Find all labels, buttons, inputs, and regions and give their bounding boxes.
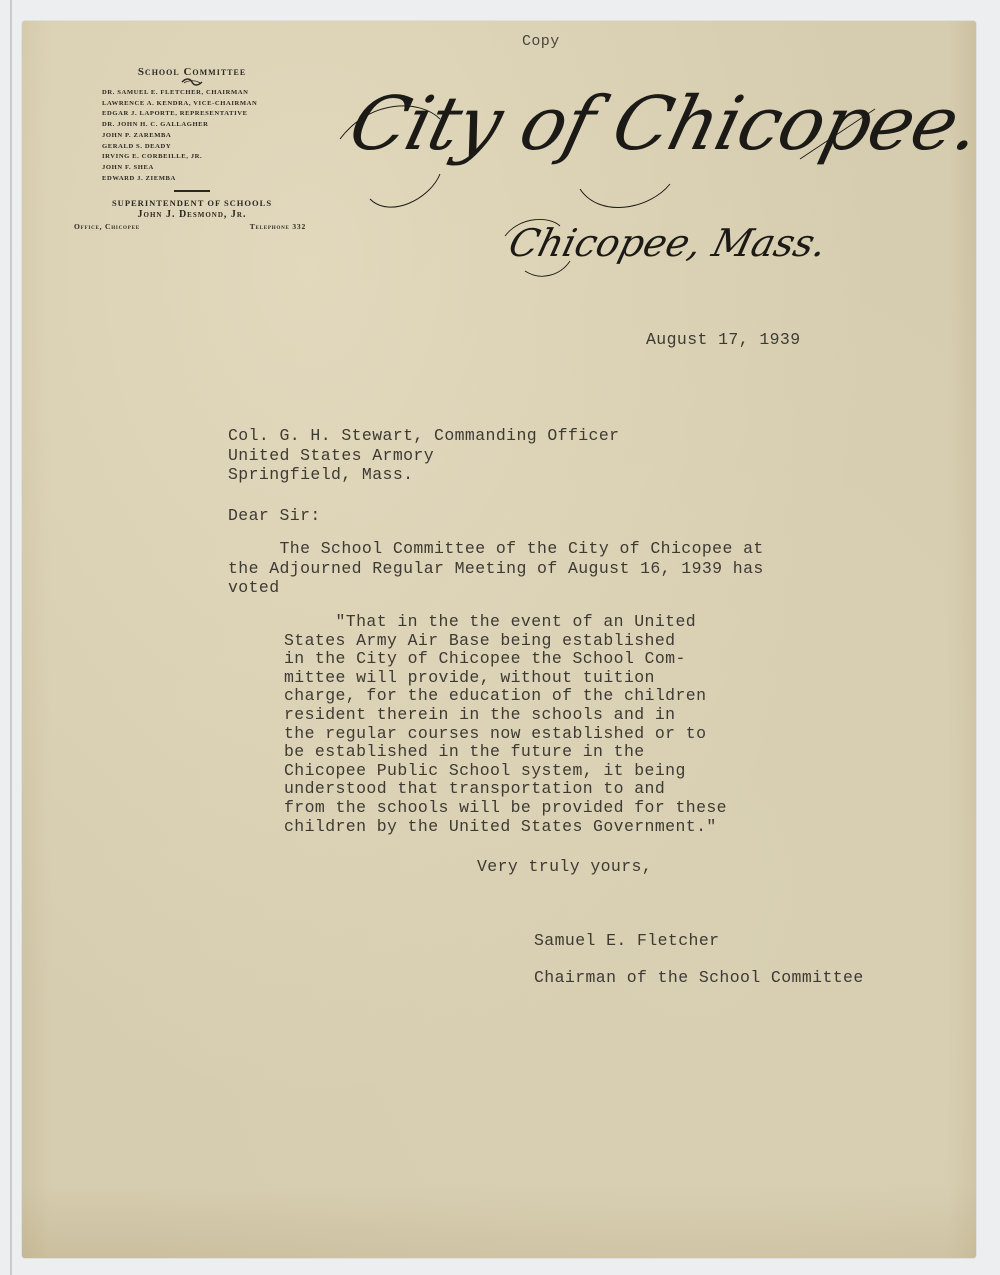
recipient-line: United States Armory xyxy=(228,446,619,466)
committee-member: John F. Shea xyxy=(102,163,312,174)
committee-member: Dr. Samuel E. Fletcher, Chairman xyxy=(102,88,312,99)
committee-member: Irving E. Corbeille, Jr. xyxy=(102,152,312,163)
body-line: The School Committee of the City of Chic… xyxy=(228,539,764,559)
body-line: voted xyxy=(228,578,764,598)
recipient-address: Col. G. H. Stewart, Commanding OfficerUn… xyxy=(228,426,619,485)
committee-member: Lawrence A. Kendra, Vice-Chairman xyxy=(102,99,312,110)
quote-line: in the City of Chicopee the School Com- xyxy=(284,650,727,669)
recipient-line: Springfield, Mass. xyxy=(228,465,619,485)
recipient-line: Col. G. H. Stewart, Commanding Officer xyxy=(228,426,619,446)
quote-line: mittee will provide, without tuition xyxy=(284,669,727,688)
quoted-vote: "That in the the event of an UnitedState… xyxy=(284,613,727,836)
superintendent-label: Superintendent of Schools xyxy=(72,198,312,208)
quote-line: resident therein in the schools and in xyxy=(284,706,727,725)
signature-name: Samuel E. Fletcher xyxy=(534,931,719,950)
quote-line: "That in the the event of an United xyxy=(284,613,727,632)
committee-member: Dr. John H. C. Gallagher xyxy=(102,120,312,131)
quote-line: understood that transportation to and xyxy=(284,780,727,799)
ornament-icon xyxy=(180,78,204,86)
sleeve-edge xyxy=(10,0,12,1275)
office-location: Office, Chicopee xyxy=(74,222,140,231)
letterhead-committee-block: School Committee Dr. Samuel E. Fletcher,… xyxy=(72,66,312,231)
letter-page: Copy School Committee Dr. Samuel E. Flet… xyxy=(22,21,976,1258)
letter-date: August 17, 1939 xyxy=(646,330,801,349)
signature-title: Chairman of the School Committee xyxy=(534,968,864,987)
body-paragraph: The School Committee of the City of Chic… xyxy=(228,539,764,598)
committee-member: Edgar J. Laporte, Representative xyxy=(102,109,312,120)
divider xyxy=(174,190,210,192)
committee-member: Edward J. Ziemba xyxy=(102,174,312,185)
office-telephone-row: Office, Chicopee Telephone 332 xyxy=(74,222,306,231)
quote-line: Chicopee Public School system, it being xyxy=(284,762,727,781)
telephone-number: Telephone 332 xyxy=(250,222,306,231)
quote-line: from the schools will be provided for th… xyxy=(284,799,727,818)
committee-member: Gerald S. Deady xyxy=(102,142,312,153)
quote-line: the regular courses now established or t… xyxy=(284,725,727,744)
superintendent-name: John J. Desmond, Jr. xyxy=(72,209,312,220)
quote-line: States Army Air Base being established xyxy=(284,632,727,651)
quote-line: charge, for the education of the childre… xyxy=(284,687,727,706)
flourish-icon xyxy=(500,211,610,281)
committee-member: John P. Zaremba xyxy=(102,131,312,142)
quote-line: be established in the future in the xyxy=(284,743,727,762)
flourish-icon xyxy=(330,79,890,219)
salutation: Dear Sir: xyxy=(228,506,321,525)
committee-members-list: Dr. Samuel E. Fletcher, Chairman Lawrenc… xyxy=(102,88,312,184)
quote-line: children by the United States Government… xyxy=(284,818,727,837)
copy-mark: Copy xyxy=(522,33,560,50)
body-line: the Adjourned Regular Meeting of August … xyxy=(228,559,764,579)
committee-title: School Committee xyxy=(72,66,312,78)
closing: Very truly yours, xyxy=(477,857,652,876)
